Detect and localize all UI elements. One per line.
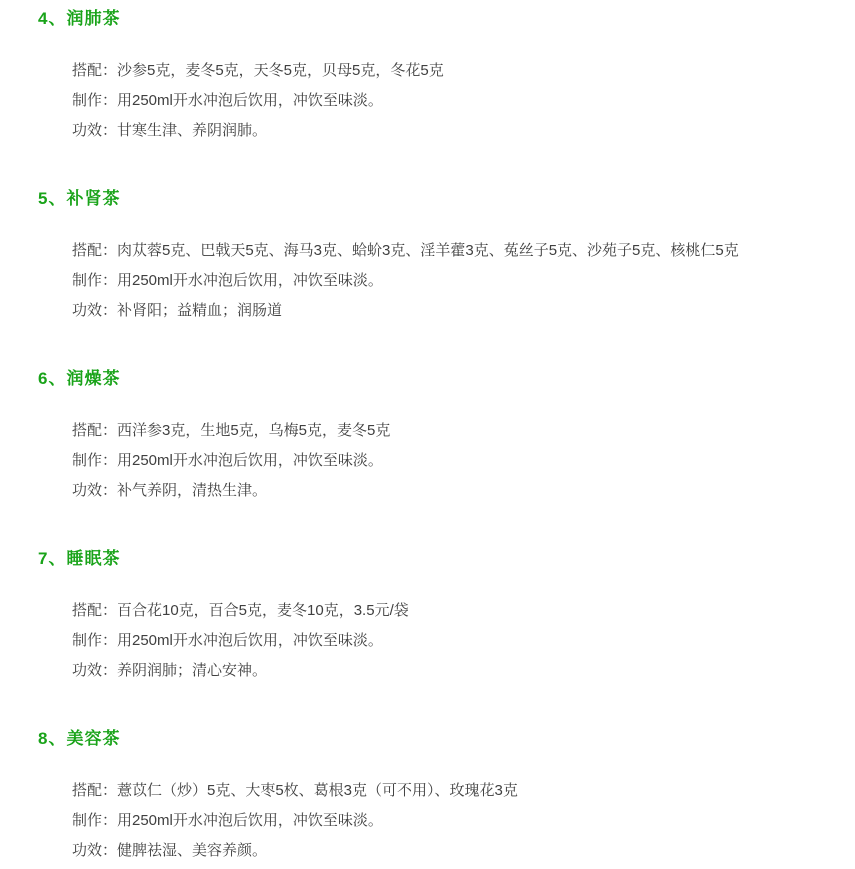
article-body: 4、润肺茶 搭配：沙参5克，麦冬5克，天冬5克，贝母5克，冬花5克 制作：用25… — [0, 0, 855, 866]
section-heading: 6、润燥茶 — [38, 368, 835, 390]
section-lines: 搭配：沙参5克，麦冬5克，天冬5克，贝母5克，冬花5克 制作：用250ml开水冲… — [72, 56, 835, 146]
section-heading: 5、补肾茶 — [38, 188, 835, 210]
ingredients-line: 搭配：西洋参3克，生地5克，乌梅5克，麦冬5克 — [72, 416, 835, 446]
tea-section-runfei: 4、润肺茶 搭配：沙参5克，麦冬5克，天冬5克，贝母5克，冬花5克 制作：用25… — [38, 8, 835, 146]
tea-section-runzao: 6、润燥茶 搭配：西洋参3克，生地5克，乌梅5克，麦冬5克 制作：用250ml开… — [38, 368, 835, 506]
preparation-line: 制作：用250ml开水冲泡后饮用，冲饮至味淡。 — [72, 806, 835, 836]
preparation-line: 制作：用250ml开水冲泡后饮用，冲饮至味淡。 — [72, 86, 835, 116]
ingredients-line: 搭配：肉苁蓉5克、巴戟天5克、海马3克、蛤蚧3克、淫羊藿3克、菟丝子5克、沙苑子… — [72, 236, 835, 266]
section-heading: 8、美容茶 — [38, 728, 835, 750]
effects-line: 功效：甘寒生津、养阴润肺。 — [72, 116, 835, 146]
section-heading: 7、睡眠茶 — [38, 548, 835, 570]
section-lines: 搭配：百合花10克，百合5克，麦冬10克，3.5元/袋 制作：用250ml开水冲… — [72, 596, 835, 686]
ingredients-line: 搭配：沙参5克，麦冬5克，天冬5克，贝母5克，冬花5克 — [72, 56, 835, 86]
preparation-line: 制作：用250ml开水冲泡后饮用，冲饮至味淡。 — [72, 626, 835, 656]
preparation-line: 制作：用250ml开水冲泡后饮用，冲饮至味淡。 — [72, 446, 835, 476]
section-lines: 搭配：西洋参3克，生地5克，乌梅5克，麦冬5克 制作：用250ml开水冲泡后饮用… — [72, 416, 835, 506]
ingredients-line: 搭配：薏苡仁（炒）5克、大枣5枚、葛根3克（可不用）、玫瑰花3克 — [72, 776, 835, 806]
tea-section-shuimian: 7、睡眠茶 搭配：百合花10克，百合5克，麦冬10克，3.5元/袋 制作：用25… — [38, 548, 835, 686]
preparation-line: 制作：用250ml开水冲泡后饮用，冲饮至味淡。 — [72, 266, 835, 296]
tea-section-meirong: 8、美容茶 搭配：薏苡仁（炒）5克、大枣5枚、葛根3克（可不用）、玫瑰花3克 制… — [38, 728, 835, 866]
ingredients-line: 搭配：百合花10克，百合5克，麦冬10克，3.5元/袋 — [72, 596, 835, 626]
section-lines: 搭配：肉苁蓉5克、巴戟天5克、海马3克、蛤蚧3克、淫羊藿3克、菟丝子5克、沙苑子… — [72, 236, 835, 326]
tea-section-bushen: 5、补肾茶 搭配：肉苁蓉5克、巴戟天5克、海马3克、蛤蚧3克、淫羊藿3克、菟丝子… — [38, 188, 835, 326]
effects-line: 功效：补肾阳；益精血；润肠道 — [72, 296, 835, 326]
section-heading: 4、润肺茶 — [38, 8, 835, 30]
effects-line: 功效：健脾祛湿、美容养颜。 — [72, 836, 835, 866]
effects-line: 功效：养阴润肺；清心安神。 — [72, 656, 835, 686]
effects-line: 功效：补气养阴，清热生津。 — [72, 476, 835, 506]
section-lines: 搭配：薏苡仁（炒）5克、大枣5枚、葛根3克（可不用）、玫瑰花3克 制作：用250… — [72, 776, 835, 866]
